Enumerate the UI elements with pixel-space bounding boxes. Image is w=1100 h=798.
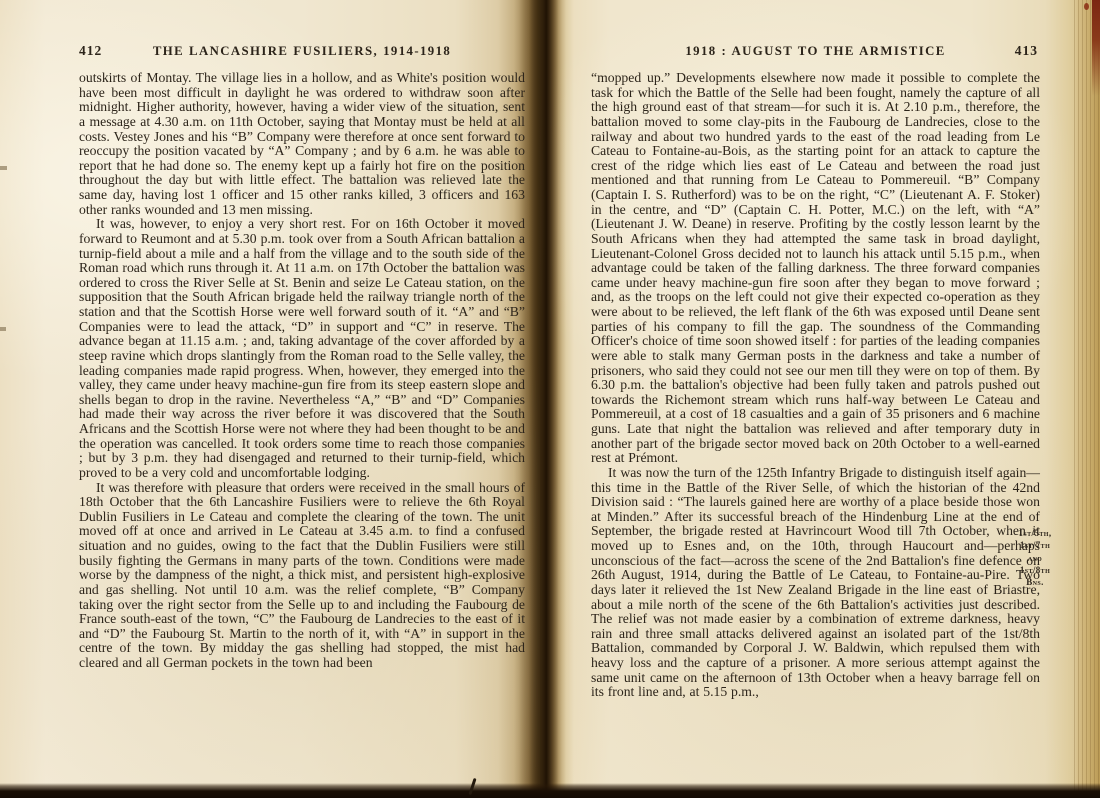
margin-note-battalions: 1st/5th, 1st/7th and 1st/8th Bns. (1011, 527, 1059, 588)
cover-corner-sliver (1092, 0, 1100, 96)
paragraph: outskirts of Montay. The village lies in… (79, 71, 525, 217)
margin-note-line: 1st/5th, (1011, 527, 1059, 539)
left-running-title: THE LANCASHIRE FUSILIERS, 1914-1918 (153, 44, 451, 58)
margin-note-line: Bns. (1011, 576, 1059, 588)
right-running-head: 1918 : AUGUST TO THE ARMISTICE 413 (591, 44, 1040, 61)
book-scan: 412 THE LANCASHIRE FUSILIERS, 1914-1918 … (0, 0, 1100, 798)
paragraph: It was, however, to enjoy a very short r… (79, 217, 525, 480)
margin-note-line: and (1011, 552, 1059, 564)
left-page-number: 412 (79, 44, 102, 59)
paragraph: “mopped up.” Developments elsewhere now … (591, 71, 1040, 466)
right-page: 1918 : AUGUST TO THE ARMISTICE 413 “mopp… (591, 44, 1040, 700)
bottom-scan-edge (0, 783, 1100, 798)
scan-edge-mark (0, 327, 6, 331)
right-page-number: 413 (1015, 44, 1038, 59)
paragraph: It was now the turn of the 125th Infantr… (591, 466, 1040, 700)
margin-note-line: 1st/8th (1011, 564, 1059, 576)
fore-edge-pages (1074, 0, 1100, 798)
paper-speck (1084, 3, 1089, 10)
right-running-title: 1918 : AUGUST TO THE ARMISTICE (685, 44, 945, 58)
paragraph: It was therefore with pleasure that orde… (79, 481, 525, 671)
margin-note-line: 1st/7th (1011, 539, 1059, 551)
left-page: 412 THE LANCASHIRE FUSILIERS, 1914-1918 … (79, 44, 525, 671)
left-running-head: 412 THE LANCASHIRE FUSILIERS, 1914-1918 (79, 44, 525, 61)
scan-edge-mark (0, 166, 7, 170)
